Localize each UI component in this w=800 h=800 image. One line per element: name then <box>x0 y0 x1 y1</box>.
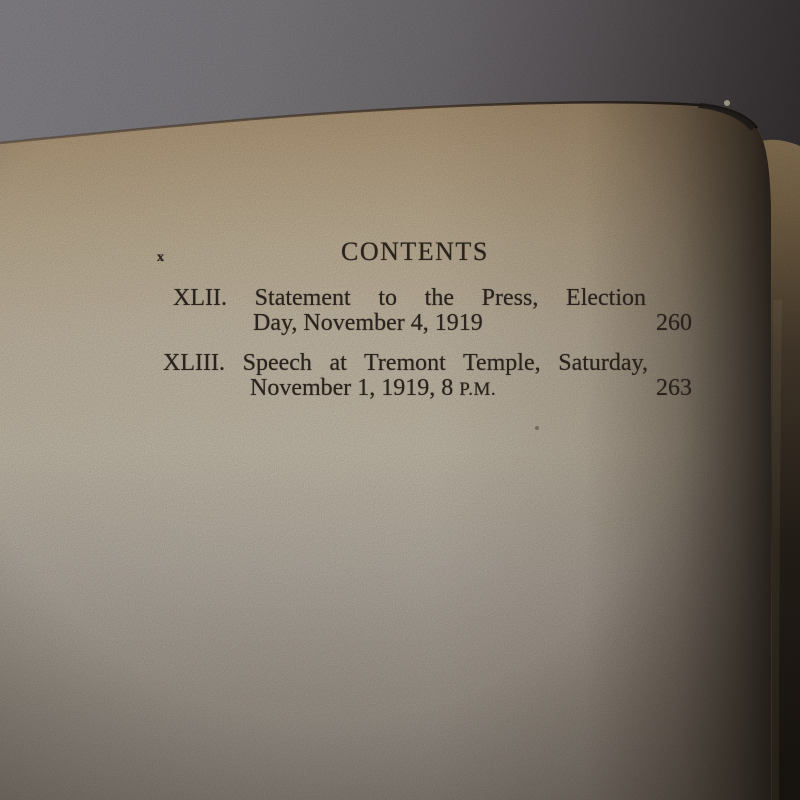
toc-entry-line-2: November 1, 1919, 8 P.M. 263 <box>163 376 692 400</box>
toc-entry-line-1: XLIII. Speech at Tremont Temple, Saturda… <box>163 351 648 375</box>
chapter-numeral: XLIII. <box>163 350 225 376</box>
folio-page-number: x <box>157 251 164 265</box>
entry-page-number: 263 <box>656 376 692 400</box>
entry-title-continuation: Day, November 4, 1919 <box>253 311 483 335</box>
entry-page-number: 260 <box>656 311 692 335</box>
entry-continuation-text: Day, November 4, 1919 <box>253 310 483 336</box>
entry-continuation-smallcaps: P.M. <box>459 379 496 400</box>
entry-title-continuation: November 1, 1919, 8 P.M. <box>250 376 496 400</box>
entry-continuation-text: November 1, 1919, 8 <box>250 375 459 401</box>
contents-title: CONTENTS <box>341 239 489 265</box>
entry-title-text: Speech at Tremont Temple, Saturday, <box>243 350 648 376</box>
contents-page: x CONTENTS XLII. Statement to the Press,… <box>0 0 800 800</box>
toc-entry-line-1: XLII. Statement to the Press, Election <box>173 286 646 310</box>
entry-title-text: Statement to the Press, Election <box>255 285 646 311</box>
toc-entry-line-2: Day, November 4, 1919 260 <box>173 311 692 335</box>
book-photo-scene: x CONTENTS XLII. Statement to the Press,… <box>0 0 800 800</box>
chapter-numeral: XLII. <box>173 285 227 311</box>
